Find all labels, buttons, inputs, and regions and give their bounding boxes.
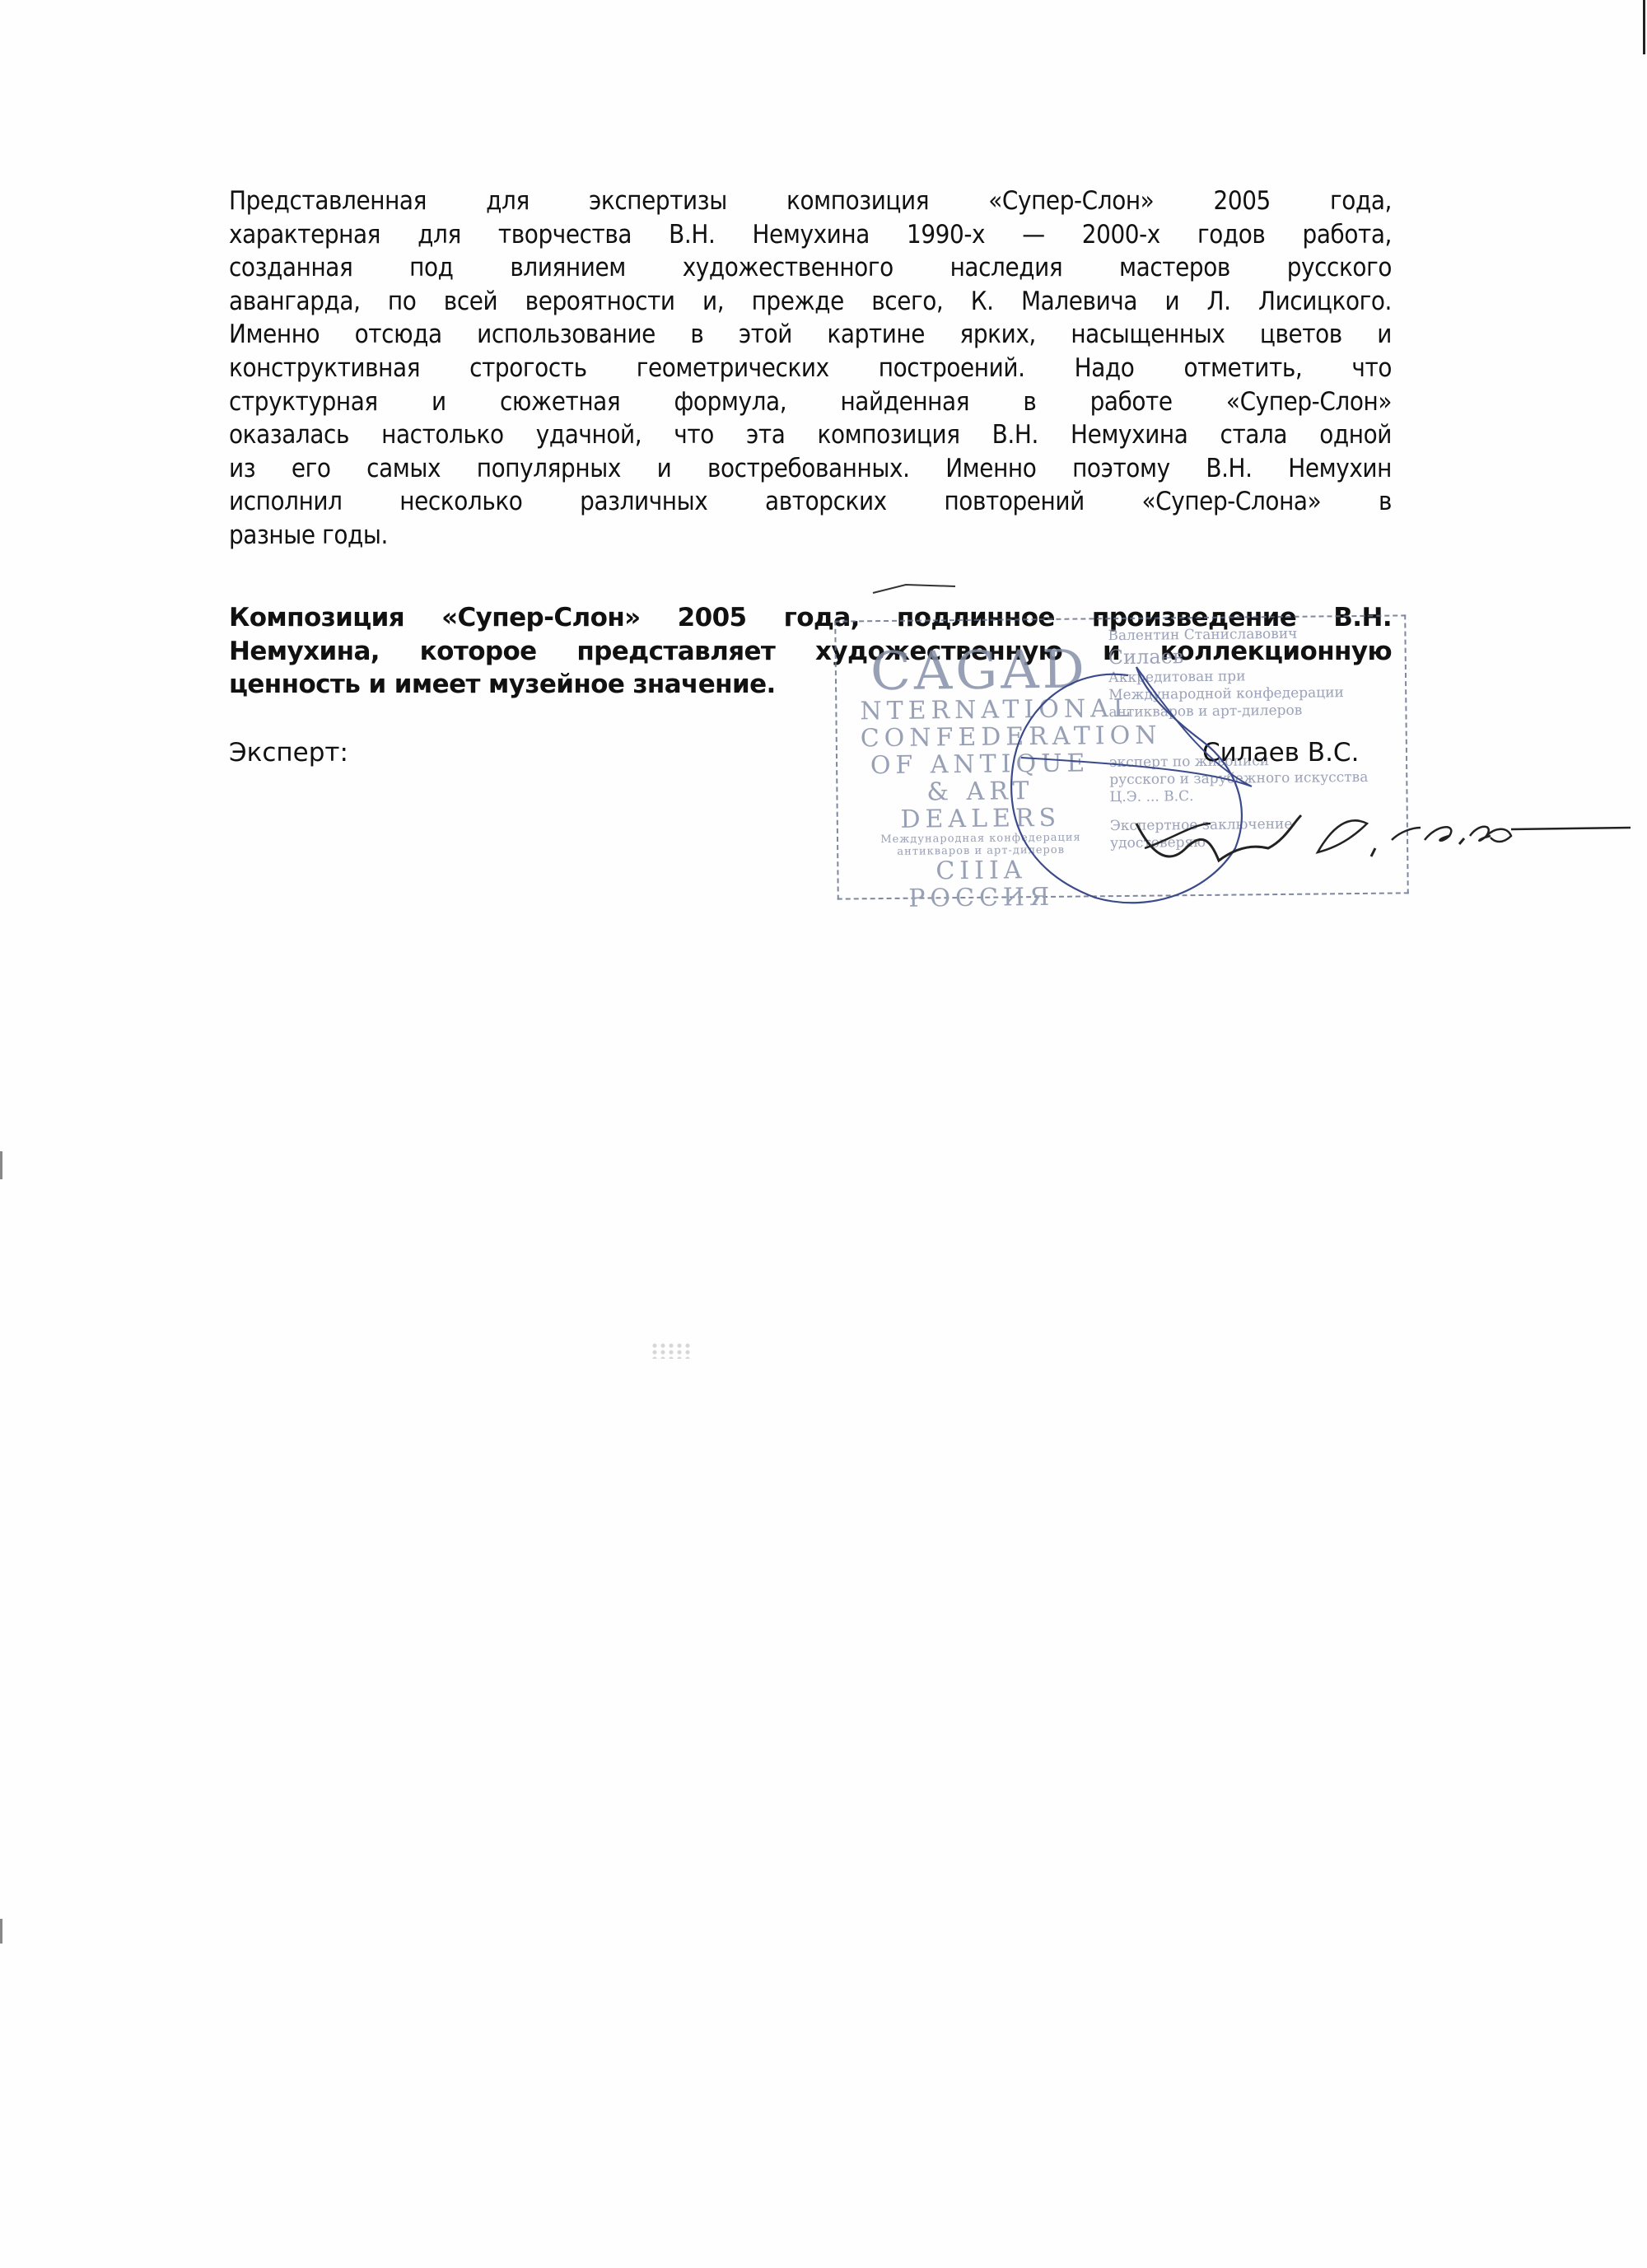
scan-edge-line [1643,0,1645,54]
text-line: из его самых популярных и востребованных… [229,452,1392,486]
document-page: Представленная для экспертизы композиция… [0,0,1647,2268]
text-line: конструктивная строгость геометрических … [229,352,1392,385]
stamp-text: & ART DEALERS [861,777,1100,833]
stamp-logo-block: CAGAD NTERNATIONAL CONFEDERATION OF ANTI… [860,644,1101,912]
stamp-text: OF ANTIQUE [861,749,1099,779]
text-line: исполнил несколько различных авторских п… [229,485,1392,519]
scan-edge-mark [0,1919,2,1944]
stamp-logo-text: CAGAD [860,644,1099,698]
text-line: оказалась настолько удачной, что эта ком… [229,418,1392,452]
stamp-text: CONFEDERATION [861,722,1099,752]
stamp-text: CIIIA РОССИЯ [861,856,1101,912]
stamp-text: Силаев [1108,642,1388,670]
text-line: характерная для творчества В.Н. Немухина… [229,218,1392,252]
stamp-text: Ц.Э. ... В.С. [1109,786,1389,807]
stamp-text: удостоверяю [1110,833,1390,853]
scan-speck [651,1342,692,1359]
signature-tail-icon [1486,819,1635,852]
expert-name: Силаев В.С. [1202,738,1359,768]
text-line: Именно отсюда использование в этой карти… [229,318,1392,352]
text-line: Представленная для экспертизы композиция… [229,184,1392,218]
text-line: структурная и сюжетная формула, найденна… [229,385,1392,419]
text-line: разные годы. [229,519,1392,553]
scan-edge-mark [0,1151,2,1179]
main-paragraph: Представленная для экспертизы композиция… [229,184,1392,553]
text-line: созданная под влиянием художественного н… [229,251,1392,285]
expert-label: Эксперт: [229,738,348,768]
stamp-text: русского и зарубежного искусства [1109,769,1389,790]
text-line: авангарда, по всей вероятности и, прежде… [229,285,1392,319]
stamp-text: NTERNATIONAL [860,695,1099,725]
